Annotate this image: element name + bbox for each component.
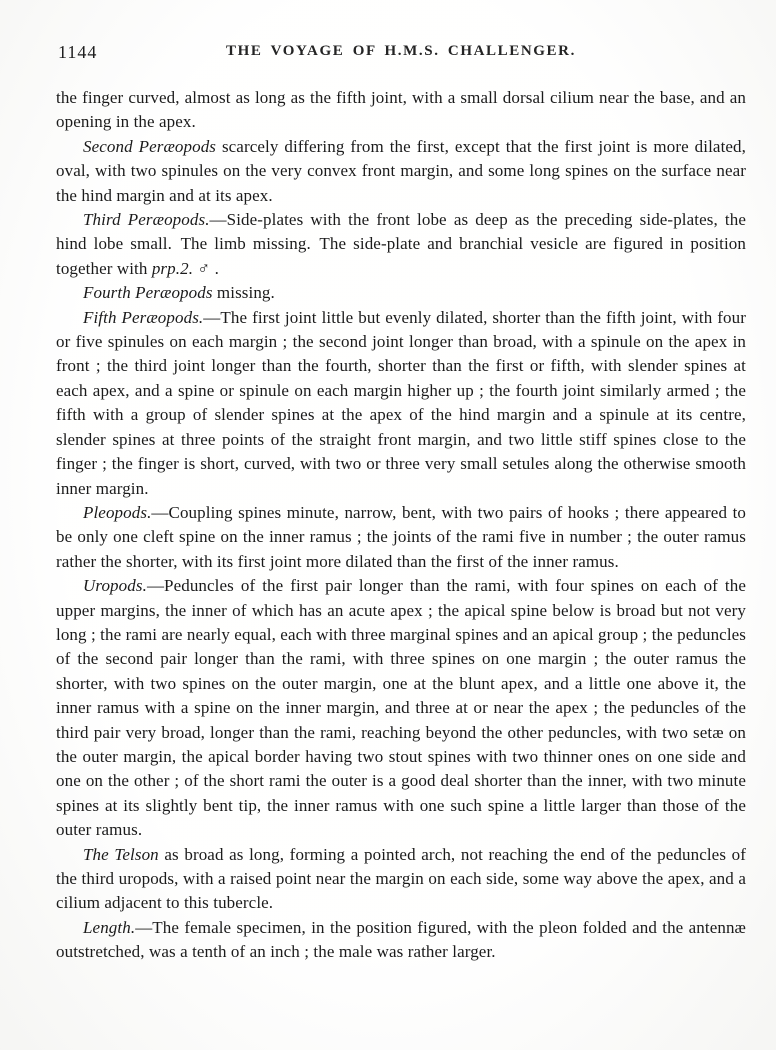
term-italic: Fifth Peræopods.: [83, 308, 203, 327]
paragraph: Second Peræopods scarcely differing from…: [56, 135, 746, 208]
text-run: missing.: [213, 283, 275, 302]
paragraph: Length.—The female specimen, in the posi…: [56, 916, 746, 965]
page-header: 1144 THE VOYAGE OF H.M.S. CHALLENGER.: [56, 42, 746, 64]
term-italic: Third Peræopods.: [83, 210, 210, 229]
term-italic: Fourth Peræopods: [83, 283, 213, 302]
text-run: the finger curved, almost as long as the…: [56, 88, 746, 131]
text-run: —Coupling spines minute, narrow, bent, w…: [56, 503, 746, 571]
term-italic: Uropods.: [83, 576, 147, 595]
page-body: the finger curved, almost as long as the…: [56, 86, 746, 965]
text-run: —Peduncles of the first pair longer than…: [56, 576, 746, 839]
term-italic: prp.2.: [152, 259, 193, 278]
paragraph: Uropods.—Peduncles of the first pair lon…: [56, 574, 746, 842]
paragraph: The Telson as broad as long, forming a p…: [56, 843, 746, 916]
text-run: —The female specimen, in the position fi…: [56, 918, 746, 961]
text-run: as broad as long, forming a pointed arch…: [56, 845, 746, 913]
paragraph: the finger curved, almost as long as the…: [56, 86, 746, 135]
running-title: THE VOYAGE OF H.M.S. CHALLENGER.: [56, 43, 746, 60]
text-run: —The first joint little but evenly dilat…: [56, 308, 746, 498]
text-run: ♂ .: [193, 259, 219, 278]
paragraph: Fifth Peræopods.—The first joint little …: [56, 306, 746, 501]
paragraph: Third Peræopods.—Side-plates with the fr…: [56, 208, 746, 281]
term-italic: Pleopods.: [83, 503, 151, 522]
paragraph: Pleopods.—Coupling spines minute, narrow…: [56, 501, 746, 574]
paragraph: Fourth Peræopods missing.: [56, 281, 746, 305]
term-italic: Second Peræopods: [83, 137, 216, 156]
scanned-page: 1144 THE VOYAGE OF H.M.S. CHALLENGER. th…: [0, 0, 776, 1050]
term-italic: The Telson: [83, 845, 159, 864]
term-italic: Length.: [83, 918, 135, 937]
